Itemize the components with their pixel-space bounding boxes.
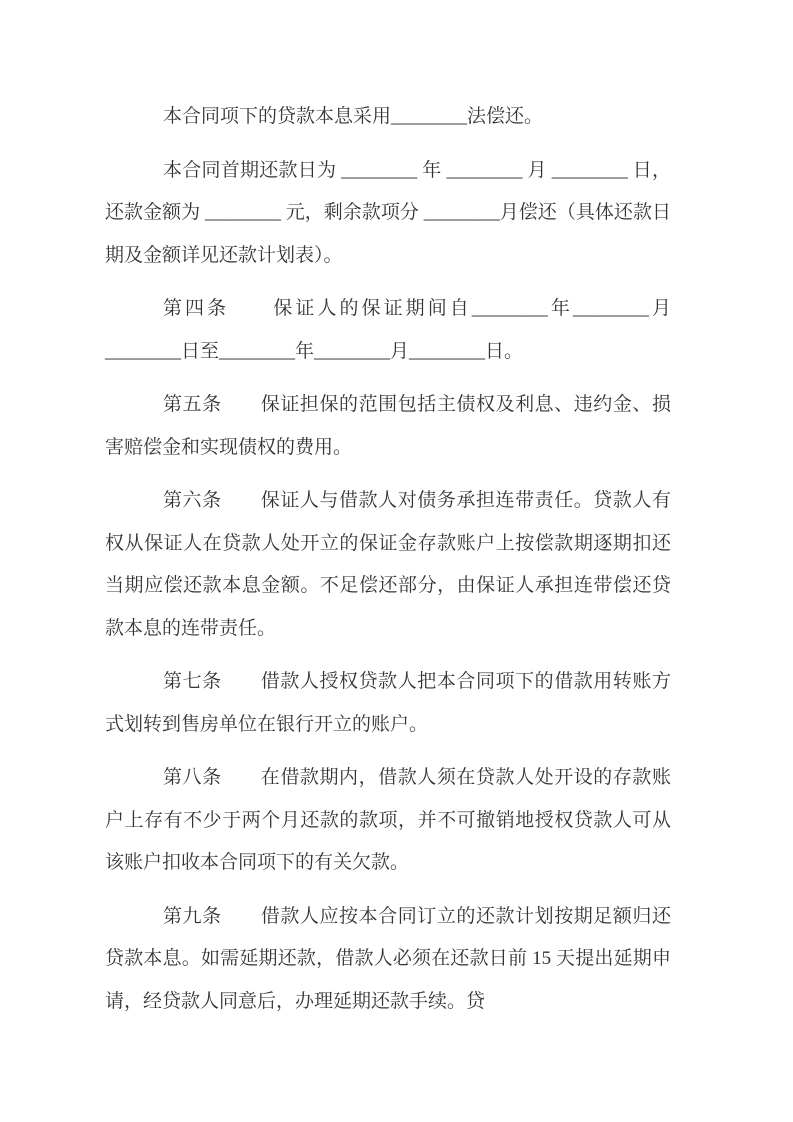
paragraph-clause-5-guarantee-scope: 第五条 保证担保的范围包括主债权及利息、违约金、损害赔偿金和实现债权的费用。 bbox=[105, 384, 671, 469]
document-page: 本合同项下的贷款本息采用________法偿还。 本合同首期还款日为 _____… bbox=[0, 0, 793, 1122]
paragraph-clause-8-deposit-account: 第八条 在借款期内，借款人须在贷款人处开设的存款账户上存有不少于两个月还款的款项… bbox=[105, 757, 671, 885]
paragraph-first-repayment-date: 本合同首期还款日为 ________ 年 ________ 月 ________… bbox=[105, 150, 671, 278]
paragraph-clause-4-guarantee-period: 第四条 保证人的保证期间自________年________月________日… bbox=[105, 288, 671, 373]
paragraph-clause-6-joint-liability: 第六条 保证人与借款人对债务承担连带责任。贷款人有权从保证人在贷款人处开立的保证… bbox=[105, 480, 671, 650]
paragraph-repayment-method: 本合同项下的贷款本息采用________法偿还。 bbox=[105, 96, 671, 139]
paragraph-clause-9-repayment-plan: 第九条 借款人应按本合同订立的还款计划按期足额归还贷款本息。如需延期还款，借款人… bbox=[105, 896, 671, 1024]
paragraph-clause-7-transfer-authorization: 第七条 借款人授权贷款人把本合同项下的借款用转账方式划转到售房单位在银行开立的账… bbox=[105, 661, 671, 746]
contract-text-block: 本合同项下的贷款本息采用________法偿还。 本合同首期还款日为 _____… bbox=[105, 96, 671, 1023]
